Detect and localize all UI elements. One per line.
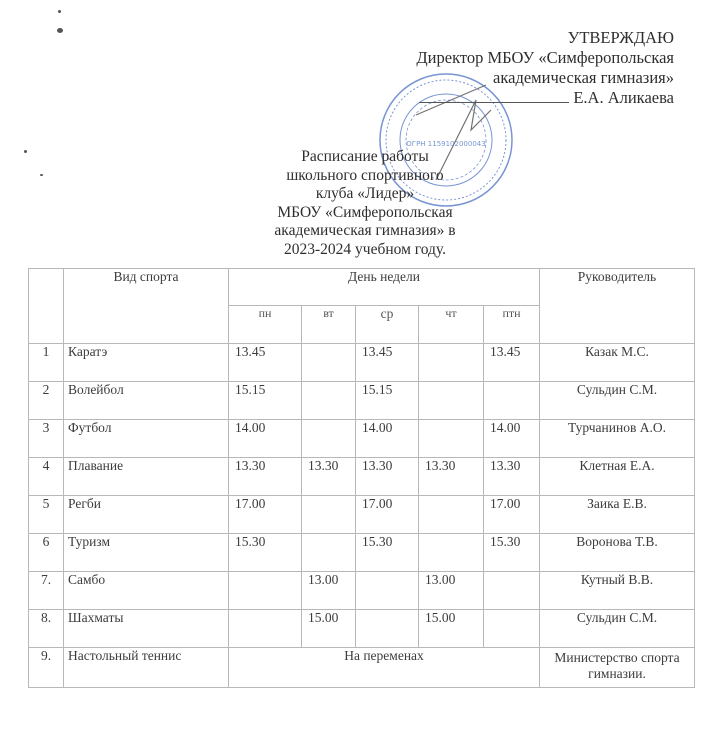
table-row: 6Туризм15.3015.3015.30Воронова Т.В. xyxy=(29,534,695,572)
row-time-wed: 15.15 xyxy=(356,382,419,420)
row-time-wed xyxy=(356,610,419,648)
row-time-tue xyxy=(302,496,356,534)
table-row: 4Плавание13.3013.3013.3013.3013.30Клетна… xyxy=(29,458,695,496)
row-sport: Плавание xyxy=(64,458,229,496)
row-number: 9. xyxy=(29,648,64,688)
signer-name: Е.А. Аликаева xyxy=(573,88,674,107)
header-weekday: День недели xyxy=(229,269,540,306)
document-title: Расписание работы школьного спортивного … xyxy=(240,148,490,259)
approval-block: УТВЕРЖДАЮ Директор МБОУ «Симферопольская… xyxy=(416,28,674,108)
row-schedule-note: На переменах xyxy=(229,648,540,688)
table-row: 5Регби17.0017.0017.00Заика Е.В. xyxy=(29,496,695,534)
approval-org: академическая гимназия» xyxy=(416,68,674,88)
header-day-wed: ср xyxy=(356,306,419,344)
row-leader: Казак М.С. xyxy=(540,344,695,382)
title-line: Расписание работы xyxy=(240,148,490,167)
row-leader: Клетная Е.А. xyxy=(540,458,695,496)
row-leader: Сульдин С.М. xyxy=(540,382,695,420)
row-time-thu: 15.00 xyxy=(419,610,484,648)
table-row: 9. Настольный теннис На переменах Минист… xyxy=(29,648,695,688)
header-day-mon: пн xyxy=(229,306,302,344)
scan-speck xyxy=(24,150,27,153)
table-row: 3Футбол14.0014.0014.00Турчанинов А.О. xyxy=(29,420,695,458)
row-time-mon: 13.30 xyxy=(229,458,302,496)
row-time-fri xyxy=(484,382,540,420)
scan-speck xyxy=(57,28,63,33)
row-number: 1 xyxy=(29,344,64,382)
row-time-fri: 14.00 xyxy=(484,420,540,458)
signature-underline xyxy=(419,90,569,103)
table-row: 8.Шахматы15.0015.00Сульдин С.М. xyxy=(29,610,695,648)
row-time-wed: 14.00 xyxy=(356,420,419,458)
row-time-wed: 15.30 xyxy=(356,534,419,572)
header-day-fri: птн xyxy=(484,306,540,344)
row-sport: Футбол xyxy=(64,420,229,458)
row-sport: Волейбол xyxy=(64,382,229,420)
row-time-wed: 13.45 xyxy=(356,344,419,382)
row-time-fri xyxy=(484,572,540,610)
row-time-thu xyxy=(419,382,484,420)
title-line: клуба «Лидер» xyxy=(240,185,490,204)
row-sport: Шахматы xyxy=(64,610,229,648)
row-time-wed: 13.30 xyxy=(356,458,419,496)
row-time-mon: 14.00 xyxy=(229,420,302,458)
row-time-thu xyxy=(419,420,484,458)
approval-position: Директор МБОУ «Симферопольская xyxy=(416,48,674,68)
row-time-fri xyxy=(484,610,540,648)
row-time-tue xyxy=(302,534,356,572)
table-row: 1Каратэ13.4513.4513.45Казак М.С. xyxy=(29,344,695,382)
row-sport: Регби xyxy=(64,496,229,534)
row-time-fri: 13.30 xyxy=(484,458,540,496)
signature-line: Е.А. Аликаева xyxy=(419,88,674,108)
row-number: 4 xyxy=(29,458,64,496)
header-number xyxy=(29,269,64,344)
row-time-fri: 17.00 xyxy=(484,496,540,534)
header-day-thu: чт xyxy=(419,306,484,344)
row-time-thu xyxy=(419,534,484,572)
table-row: 7.Самбо13.0013.00Кутный В.В. xyxy=(29,572,695,610)
title-line: академическая гимназия» в xyxy=(240,222,490,241)
title-line: МБОУ «Симферопольская xyxy=(240,204,490,223)
row-time-thu: 13.00 xyxy=(419,572,484,610)
scan-speck xyxy=(40,174,43,176)
row-time-mon: 15.15 xyxy=(229,382,302,420)
row-time-tue: 13.00 xyxy=(302,572,356,610)
row-time-thu xyxy=(419,344,484,382)
svg-text:ОГРН 1159102000043: ОГРН 1159102000043 xyxy=(406,140,485,148)
table-row: 2Волейбол15.1515.15Сульдин С.М. xyxy=(29,382,695,420)
row-time-tue xyxy=(302,420,356,458)
row-number: 7. xyxy=(29,572,64,610)
row-number: 8. xyxy=(29,610,64,648)
row-time-wed xyxy=(356,572,419,610)
row-sport: Самбо xyxy=(64,572,229,610)
row-time-thu xyxy=(419,496,484,534)
schedule-table: Вид спорта День недели Руководитель пн в… xyxy=(28,268,695,688)
row-leader: Заика Е.В. xyxy=(540,496,695,534)
row-leader: Воронова Т.В. xyxy=(540,534,695,572)
header-leader: Руководитель xyxy=(540,269,695,344)
row-time-mon: 17.00 xyxy=(229,496,302,534)
row-time-mon xyxy=(229,610,302,648)
row-time-fri: 15.30 xyxy=(484,534,540,572)
row-time-mon xyxy=(229,572,302,610)
scan-speck xyxy=(58,10,61,13)
row-time-tue: 15.00 xyxy=(302,610,356,648)
row-leader: Кутный В.В. xyxy=(540,572,695,610)
row-time-tue xyxy=(302,344,356,382)
row-leader: Сульдин С.М. xyxy=(540,610,695,648)
header-row: Вид спорта День недели Руководитель xyxy=(29,269,695,306)
title-line: 2023-2024 учебном году. xyxy=(240,241,490,260)
row-sport: Настольный теннис xyxy=(64,648,229,688)
row-time-wed: 17.00 xyxy=(356,496,419,534)
row-time-tue xyxy=(302,382,356,420)
title-line: школьного спортивного xyxy=(240,167,490,186)
row-number: 2 xyxy=(29,382,64,420)
row-time-tue: 13.30 xyxy=(302,458,356,496)
row-number: 5 xyxy=(29,496,64,534)
row-number: 6 xyxy=(29,534,64,572)
row-leader: Турчанинов А.О. xyxy=(540,420,695,458)
approval-heading: УТВЕРЖДАЮ xyxy=(416,28,674,48)
row-sport: Каратэ xyxy=(64,344,229,382)
row-time-mon: 15.30 xyxy=(229,534,302,572)
row-time-thu: 13.30 xyxy=(419,458,484,496)
header-sport: Вид спорта xyxy=(64,269,229,344)
header-day-tue: вт xyxy=(302,306,356,344)
row-time-fri: 13.45 xyxy=(484,344,540,382)
row-sport: Туризм xyxy=(64,534,229,572)
row-leader: Министерство спорта гимназии. xyxy=(540,648,695,688)
row-number: 3 xyxy=(29,420,64,458)
row-time-mon: 13.45 xyxy=(229,344,302,382)
